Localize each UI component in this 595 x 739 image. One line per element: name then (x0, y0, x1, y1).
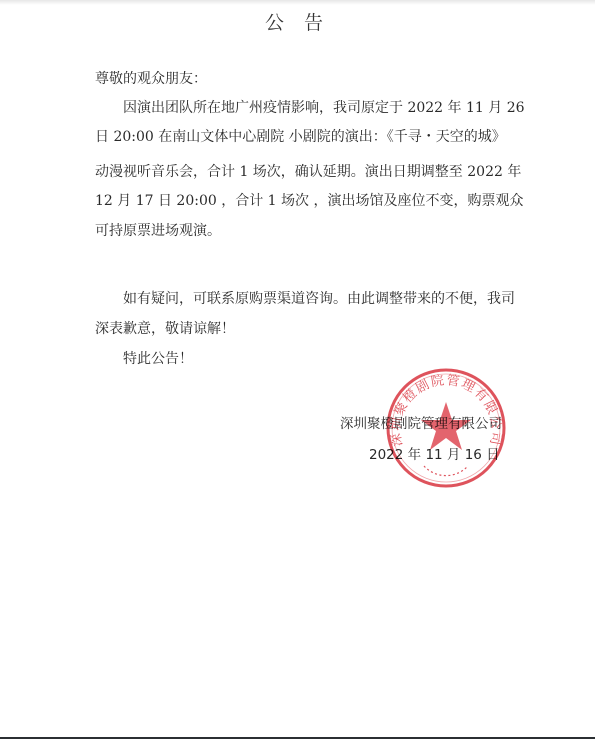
document-title: 公 告 (0, 8, 595, 35)
top-shadow (0, 0, 595, 5)
salutation: 尊敬的观众朋友： (95, 70, 207, 88)
paragraph-1-line: 动漫视听音乐会，合计 1 场次，确认延期。演出日期调整至 2022 年 (95, 163, 521, 181)
paragraph-1-line: 可持原票进场观演。 (95, 222, 221, 240)
paragraph-2-line: 深表歉意，敬请谅解！ (95, 320, 235, 338)
paragraph-1-line: 12 月 17 日 20:00 ，合计 1 场次 ，演出场馆及座位不变，购票观众 (95, 192, 523, 210)
paragraph-1-line: 日 20:00 在南山文体中心剧院 小剧院的演出：《千寻・天空的城》 (95, 128, 506, 146)
paragraph-1-line: 因演出团队所在地广州疫情影响，我司原定于 2022 年 11 月 26 (123, 99, 525, 117)
paragraph-2-line: 如有疑问，可联系原购票渠道咨询。由此调整带来的不便，我司 (123, 290, 515, 308)
company-seal-icon: 深圳聚橙剧院管理有限公司 (384, 366, 508, 490)
closing-line: 特此公告！ (123, 350, 193, 368)
